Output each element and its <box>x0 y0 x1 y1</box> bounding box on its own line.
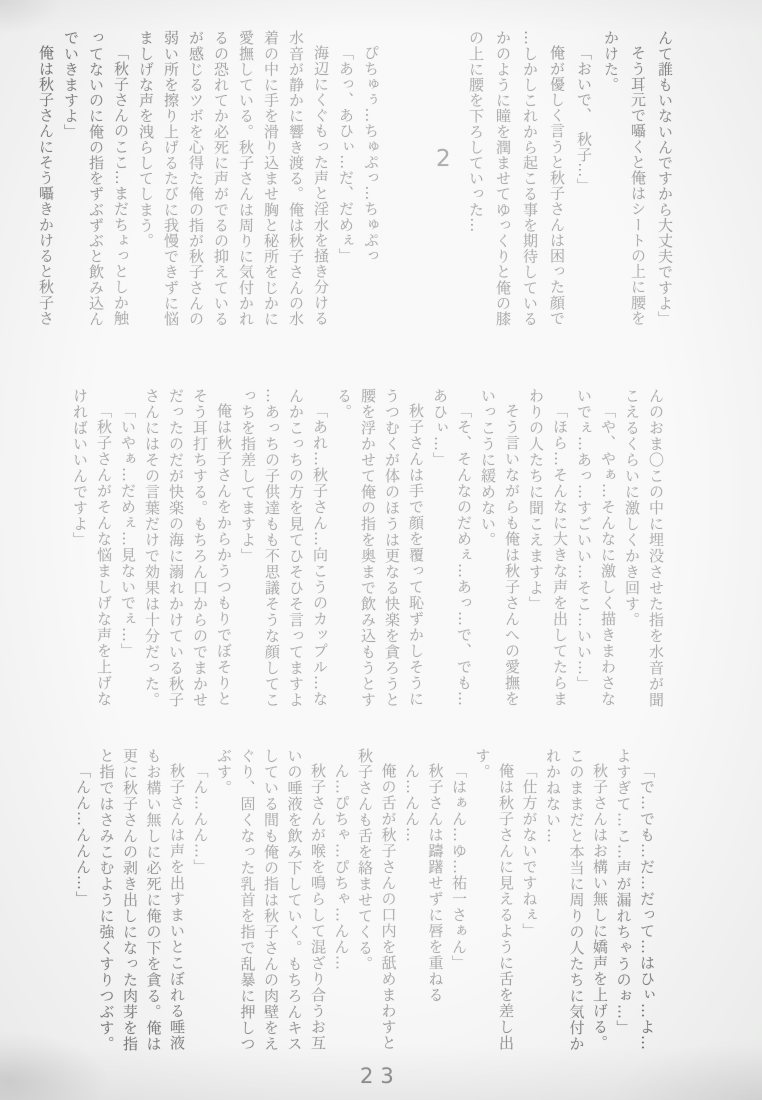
text-line: あひぃ…」 <box>428 388 452 714</box>
text-line: このままだと本当に周りの人たちに気付か <box>564 748 588 1060</box>
text-line: ぐり、固くなった乳首を指で乱暴に押しつ <box>235 748 259 1060</box>
text-line: うつむくが体のほうは更なる快楽を貪ろうと <box>380 388 404 714</box>
section-number: 2 <box>436 146 451 172</box>
text-line: かけた。 <box>597 30 624 332</box>
text-line: …しかしこれから起こる事を期待している <box>516 30 543 332</box>
text-line: 愛撫している。秋子さんは周りに気付かれ <box>233 30 258 332</box>
text-line: 「はぁん…ゆ…祐一さぁん」 <box>447 748 471 1060</box>
text-line: 俺の舌が秋子さんの口内を舐めまわすと <box>376 748 400 1060</box>
text-line: ってないのに俺の指をずぶずぶと飲み込ん <box>83 30 108 332</box>
text-line: が感じるツボを心得た俺の指が秋子さんの <box>183 30 208 332</box>
text-line: もお構い無しに必死に俺の下を貪る。俺は <box>141 748 165 1060</box>
text-block-bottom: 「で…でも…だ…だって…はひぃ…よ…よすぎて…こ…声が漏れちゃうのぉ…」秋子さん… <box>70 748 658 1060</box>
text-line: ん…ぴちゃ…ぴちゃ…んん… <box>329 748 353 1060</box>
text-line: と指ではさみこむように強くすりつぶす。 <box>94 748 118 1060</box>
text-line: さんにはその言葉だけで効果は十分だった。 <box>140 388 164 714</box>
text-line: っちを指差してますよ」 <box>236 388 260 714</box>
text-line: だったのだが快楽の海に溺れかけている秋子 <box>164 388 188 714</box>
text-line: 俺は秋子さんをからかうつもりでぼそりと <box>212 388 236 714</box>
text-line: 俺が優しく言うと秋子さんは困った顔で <box>543 30 570 332</box>
text-block-middle: んのおま〇この中に埋没させた指を水音が聞こえるくらいに激しくかき回す。「や、やぁ… <box>68 388 668 714</box>
text-line: …あっちの子供達もも不思議そうな顔してこ <box>260 388 284 714</box>
text-line: そう言いながらも俺は秋子さんへの愛撫を <box>500 388 524 714</box>
text-line: 着の中に手を滑り込ませ胸と秘所をじかに <box>258 30 283 332</box>
text-line: ましげな声を洩らしてしまう。 <box>133 30 158 332</box>
text-line: 「仕方がないですねぇ」 <box>517 748 541 1060</box>
text-line: んのおま〇この中に埋没させた指を水音が聞 <box>644 388 668 714</box>
text-line: る。 <box>332 388 356 714</box>
text-line: んて誰もいないんですから大丈夫ですよ」 <box>651 30 678 332</box>
text-line: 秋子さんも舌を絡ませてくる。 <box>353 748 377 1060</box>
text-line: よすぎて…こ…声が漏れちゃうのぉ…」 <box>611 748 635 1060</box>
text-line: 俺は秋子さんに見えるように舌を差し出 <box>494 748 518 1060</box>
text-line: している間も俺の指は秋子さんの肉壁をえ <box>259 748 283 1060</box>
text-line: 秋子さんはお構い無しに嬌声を上げる。 <box>588 748 612 1060</box>
text-line: 水音が静かに響き渡る。俺は秋子さんの水 <box>283 30 308 332</box>
text-line: 「おいで、 秋子…」 <box>570 30 597 332</box>
text-line: わりの人たちに聞こえますよ」 <box>524 388 548 714</box>
text-line: でいきますよ」 <box>58 30 83 332</box>
scanned-page: んて誰もいないんですから大丈夫ですよ」そう耳元で囁くと俺はシートの上に腰をかけた… <box>0 0 762 1100</box>
text-line: 「いやぁ…だめぇ…見ないでぇ…」 <box>116 388 140 714</box>
text-line: 秋子さんは手で顔を覆って恥ずかしそうに <box>404 388 428 714</box>
text-line: れかねない… <box>541 748 565 1060</box>
text-line: かのように瞳を潤ませてゆっくりと俺の膝 <box>489 30 516 332</box>
text-line: 秋子さんは躊躇せずに唇を重ねる <box>423 748 447 1060</box>
text-line: そう耳元で囁くと俺はシートの上に腰を <box>624 30 651 332</box>
page-number: 23 <box>360 1064 401 1088</box>
text-line: 「あれ…秋子さん…向こうのカップル…な <box>308 388 332 714</box>
text-line: 「そ、そんなのだめぇ…あっ…で、でも… <box>452 388 476 714</box>
text-line: 「秋子さんがそんな悩ましげな声を上げな <box>92 388 116 714</box>
text-line: 海辺にくぐもった声と淫水を掻き分ける <box>308 30 333 332</box>
text-line: そう耳打ちする。もちろん口からのでまかせ <box>188 388 212 714</box>
text-line: 「で…でも…だ…だって…はひぃ…よ… <box>635 748 659 1060</box>
text-line: いっこうに緩めない。 <box>476 388 500 714</box>
text-line: いの唾液を飲み下していく。もちろんキス <box>282 748 306 1060</box>
text-line: ければいいんですよ」 <box>68 388 92 714</box>
text-line: 俺は秋子さんにそう囁きかけると秋子さ <box>33 30 58 332</box>
text-line: 「秋子さんのここ…まだちょっとしか触 <box>108 30 133 332</box>
text-line: 秋子さんが喉を鳴らして混ざり合うお互 <box>306 748 330 1060</box>
text-line: ん…んん… <box>400 748 424 1060</box>
text-line: 「や、やぁ…そんなに激しく描きまわさな <box>596 388 620 714</box>
text-line: こえるくらいに激しくかき回す。 <box>620 388 644 714</box>
text-line: 秋子さんは声を出すまいとこぼれる唾液 <box>165 748 189 1060</box>
text-line: 「ん…んん…」 <box>188 748 212 1060</box>
text-line: 「んん…んんん…」 <box>71 748 95 1060</box>
text-line: 弱い所を擦り上げるたびに我慢できずに悩 <box>158 30 183 332</box>
text-line: 腰を浮かせて俺の指を奥まで飲み込もうとす <box>356 388 380 714</box>
text-line: の上に腰を下ろしていった… <box>462 30 489 332</box>
text-line: 更に秋子さんの剥き出しになった肉芽を指 <box>118 748 142 1060</box>
text-line: 「ほら…そんなに大きな声を出してたらま <box>548 388 572 714</box>
text-line: ぴちゅぅ…ちゅぷっ…ちゅぷっ <box>358 30 383 332</box>
text-line: んかこっちの方を見てひそひそ言ってますよ <box>284 388 308 714</box>
text-line: いでぇ…あっ…すごいい…そこ…いい…」 <box>572 388 596 714</box>
text-line: ぶす。 <box>212 748 236 1060</box>
text-block-top-right: んて誰もいないんですから大丈夫ですよ」そう耳元で囁くと俺はシートの上に腰をかけた… <box>462 30 678 332</box>
text-line: す。 <box>470 748 494 1060</box>
text-line: るの恐れてか必死に声がでるの抑えている <box>208 30 233 332</box>
text-block-top-left: ぴちゅぅ…ちゅぷっ…ちゅぷっ「あっ、あひぃ…だ、だめぇ」海辺にくぐもった声と淫水… <box>33 30 383 332</box>
text-line: 「あっ、あひぃ…だ、だめぇ」 <box>333 30 358 332</box>
